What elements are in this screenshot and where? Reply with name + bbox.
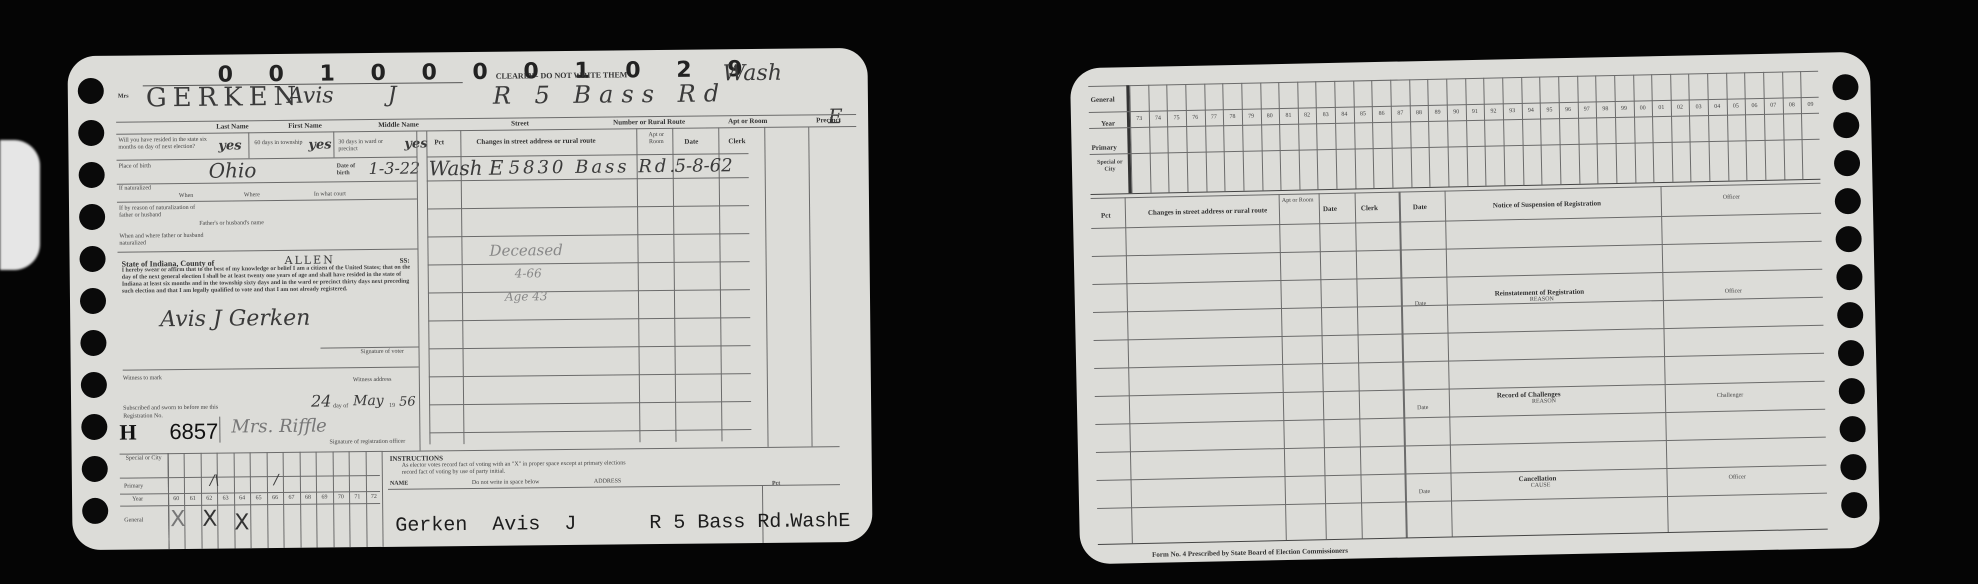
grid-label-primary: Primary <box>1091 143 1116 152</box>
middle-name-value: J <box>388 83 397 108</box>
punch-hole <box>82 498 108 524</box>
punch-hole <box>1840 454 1867 481</box>
punch-hole <box>80 330 106 356</box>
year-cell: 71 <box>349 494 366 500</box>
year-cell: 00 <box>1633 105 1652 111</box>
challenges-challenger-label: Challenger <box>1717 392 1743 400</box>
reinstatement-reason-label: REASON <box>1530 296 1554 304</box>
year-cell: 07 <box>1764 103 1783 109</box>
year-cell: 99 <box>1615 106 1634 112</box>
punch-hole <box>81 372 107 398</box>
year-cell: 62 <box>201 496 218 502</box>
change-row-date: 5-8-62 <box>675 155 733 177</box>
punch-hole <box>79 162 105 188</box>
year-grid: 60616263646566676869707172 <box>168 451 383 549</box>
challenges-reason-label: REASON <box>1532 398 1556 406</box>
punch-hole <box>1832 74 1859 101</box>
punch-hole <box>1837 302 1864 329</box>
cancellation-officer-label: Officer <box>1729 474 1746 481</box>
changes-header-apt: Apt or Room <box>1281 197 1315 205</box>
year-cell: 92 <box>1484 108 1503 114</box>
punch-hole <box>1835 188 1862 215</box>
year-cell: 75 <box>1167 115 1186 121</box>
birth-place-value: Ohio <box>209 158 257 182</box>
voter-registration-card-back: General Year Primary Special or City 737… <box>1070 52 1880 565</box>
changes-header-apt: Apt or Room <box>642 132 670 146</box>
middle-name-label: Middle Name <box>378 121 419 129</box>
year-cell: 05 <box>1727 103 1746 109</box>
grid-label-general: General <box>124 517 143 524</box>
year-grid: 7374757677787980818283848586878889909192… <box>1129 71 1821 193</box>
suspension-officer-label: Officer <box>1723 194 1740 201</box>
dob-label: Date of birth <box>337 163 367 177</box>
year-cell: 78 <box>1223 114 1242 120</box>
typed-precinct: WashE <box>790 510 850 534</box>
changes-header-pct: Pct <box>434 138 444 146</box>
grid-label-special: Special or City <box>1092 159 1128 174</box>
primary-mark-62: /\ <box>210 473 220 489</box>
instructions-address-label: ADDRESS <box>594 478 621 485</box>
general-mark-64: X <box>234 510 249 535</box>
film-artifact <box>0 140 40 270</box>
year-cell: 94 <box>1521 108 1540 114</box>
general-mark-62: X <box>202 507 217 532</box>
year-cell: 76 <box>1186 115 1205 121</box>
officer-label: Signature of registration officer <box>329 439 405 447</box>
changes-header-clerk: Clerk <box>1361 204 1378 212</box>
first-name-label: First Name <box>288 122 322 130</box>
punch-hole <box>81 414 107 440</box>
suspension-date-label: Date <box>1413 203 1427 211</box>
instructions-line1: As elector votes record fact of voting w… <box>402 460 626 469</box>
year-cell: 04 <box>1708 104 1727 110</box>
year-cell: 95 <box>1540 107 1559 113</box>
year-cell: 80 <box>1260 113 1279 119</box>
year-cell: 91 <box>1466 109 1485 115</box>
street-value: R 5 Bass Rd <box>493 79 728 109</box>
year-value: 56 <box>399 395 416 410</box>
year-cell: 85 <box>1354 111 1373 117</box>
year-cell: 01 <box>1652 105 1671 111</box>
year-cell: 81 <box>1279 113 1298 119</box>
suspension-title: Notice of Suspension of Registration <box>1493 199 1601 209</box>
changes-header-date: Date <box>684 138 698 146</box>
year-cell: 93 <box>1503 108 1522 114</box>
when-where-label: When and where father or husband natural… <box>119 233 209 248</box>
residency-q2-label: 60 days in township <box>254 140 304 148</box>
changes-header-address: Changes in street address or rural route <box>476 137 595 146</box>
year-cell: 74 <box>1149 115 1168 121</box>
grid-label-primary: Primary <box>124 483 143 490</box>
year-cell: 87 <box>1391 110 1410 116</box>
punch-hole <box>1835 226 1862 253</box>
subscribed-label: Subscribed and sworn to before me this <box>123 405 218 413</box>
day-label: day of <box>333 403 348 410</box>
grid-label-general: General <box>1090 96 1114 105</box>
changes-header-clerk: Clerk <box>728 137 745 145</box>
typed-address: R 5 Bass Rd. <box>649 511 793 536</box>
year-cell: 09 <box>1801 102 1820 108</box>
voter-signature: Avis J Gerken <box>160 306 310 333</box>
punch-hole <box>1836 264 1863 291</box>
witness-address-label: Witness address <box>353 377 392 384</box>
last-name-label: Last Name <box>216 122 249 130</box>
changes-header-date: Date <box>1323 205 1337 213</box>
street-label: Street <box>511 119 529 127</box>
year-cell: 02 <box>1671 104 1690 110</box>
year-cell: 97 <box>1577 106 1596 112</box>
residency-q1-value: yes <box>218 138 241 153</box>
apt-label: Apt or Room <box>728 117 767 125</box>
general-mark-60: X <box>170 507 185 532</box>
year-cell: 03 <box>1689 104 1708 110</box>
reinstatement-date-label: Date <box>1415 301 1426 308</box>
title-prefix: Mrs <box>118 94 129 100</box>
punch-hole <box>79 246 105 272</box>
year-cell: 86 <box>1372 111 1391 117</box>
punch-hole <box>79 204 105 230</box>
corner-note: Wash <box>723 61 783 87</box>
court-label: In what court <box>314 191 346 198</box>
officer-signature: Mrs. Riffle <box>231 416 327 438</box>
year-cell: 70 <box>333 494 350 500</box>
note-date: 4-66 <box>515 266 542 280</box>
punch-hole <box>80 288 106 314</box>
year-cell: 65 <box>250 495 267 501</box>
precinct-label: Precinct <box>816 116 841 124</box>
year-cell: 63 <box>217 495 234 501</box>
father-name-label: Father's or husband's name <box>199 220 264 228</box>
dob-value: 1-3-22 <box>369 159 421 179</box>
year-cell: 88 <box>1410 110 1429 116</box>
typed-first-name: Avis <box>492 513 540 537</box>
year-cell: 67 <box>283 495 300 501</box>
oath-text: I hereby swear or affirm that to the bes… <box>122 265 417 296</box>
change-row-address: 5830 Bass Rd. <box>509 156 679 179</box>
reg-letter: H <box>119 420 136 446</box>
instructions-name-label: NAME <box>390 481 408 487</box>
day-value: 24 <box>311 391 332 410</box>
reinstatement-officer-label: Officer <box>1725 288 1742 295</box>
year-cell: 77 <box>1204 114 1223 120</box>
year-cell: 98 <box>1596 106 1615 112</box>
residency-q3-label: 30 days in ward or precinct <box>338 139 398 154</box>
cancellation-date-label: Date <box>1419 489 1430 496</box>
form-footer: Form No. 4 Prescribed by State Board of … <box>1152 547 1348 559</box>
grid-label-year: Year <box>132 496 143 503</box>
changes-header-address: Changes in street address or rural route <box>1148 206 1267 216</box>
year-cell: 68 <box>300 495 317 501</box>
typed-last-name: Gerken <box>395 514 467 538</box>
punch-hole <box>82 456 108 482</box>
year-cell: 61 <box>185 496 202 502</box>
father-naturalization-label: If by reason of naturalization of father… <box>119 205 199 220</box>
instructions-do-not-write: Do not write in space below <box>472 479 540 487</box>
birth-place-label: Place of birth <box>119 163 159 170</box>
punch-hole <box>1834 150 1861 177</box>
instructions-line2: record fact of voting by use of party in… <box>402 469 506 477</box>
year-cell: 64 <box>234 495 251 501</box>
note-age: Age 43 <box>505 289 548 303</box>
when-label: When <box>179 193 193 200</box>
residency-q2-value: yes <box>308 137 331 152</box>
cancellation-cause-label: CAUSE <box>1531 482 1551 489</box>
year-prefix: 19 <box>389 403 395 410</box>
punch-hole <box>1841 492 1868 519</box>
year-cell: 89 <box>1428 110 1447 116</box>
punch-hole <box>1838 340 1865 367</box>
punch-hole <box>1839 416 1866 443</box>
typed-middle-initial: J <box>564 513 576 536</box>
changes-header-pct: Pct <box>1101 212 1111 220</box>
punch-hole <box>78 78 104 104</box>
year-cell: 60 <box>168 496 185 502</box>
signature-label: Signature of voter <box>361 349 404 356</box>
voter-registration-card-front: 0 0 1 0 0 0 0 1 0 2 9 CLEARLY - DO NOT W… <box>67 48 872 550</box>
grid-label-special: Special or City <box>124 455 164 462</box>
challenges-date-label: Date <box>1417 405 1428 412</box>
month-value: May <box>353 393 384 409</box>
year-cell: 79 <box>1242 113 1261 119</box>
year-cell: 69 <box>316 494 333 500</box>
year-cell: 73 <box>1130 116 1149 122</box>
year-cell: 90 <box>1447 109 1466 115</box>
year-cell: 84 <box>1335 111 1354 117</box>
header-instruction: CLEARLY - DO NOT WRITE THEM <box>496 70 628 80</box>
year-cell: 96 <box>1559 107 1578 113</box>
naturalized-label: If naturalized <box>119 185 151 192</box>
reg-number: 6857 <box>169 419 218 446</box>
first-name-value: Avis <box>288 83 334 108</box>
punch-hole <box>78 120 104 146</box>
year-cell: 83 <box>1316 112 1335 118</box>
change-row-pct: Wash E <box>429 156 504 181</box>
note-deceased: Deceased <box>489 241 562 260</box>
primary-mark-66: / <box>274 472 279 488</box>
punch-hole <box>1839 378 1866 405</box>
last-name-value: GERKEN <box>146 82 303 114</box>
witness-label: Witness to mark <box>123 375 162 382</box>
year-cell: 66 <box>267 495 284 501</box>
ss-label: SS: <box>400 257 410 265</box>
where-label: Where <box>244 192 260 199</box>
residency-q1-label: Will you have resided in the state six m… <box>118 137 218 152</box>
number-label: Number or Rural Route <box>613 118 685 127</box>
year-cell: 08 <box>1782 102 1801 108</box>
year-cell: 72 <box>366 494 383 500</box>
year-cell: 06 <box>1745 103 1764 109</box>
punch-hole <box>1833 112 1860 139</box>
year-cell: 82 <box>1298 112 1317 118</box>
